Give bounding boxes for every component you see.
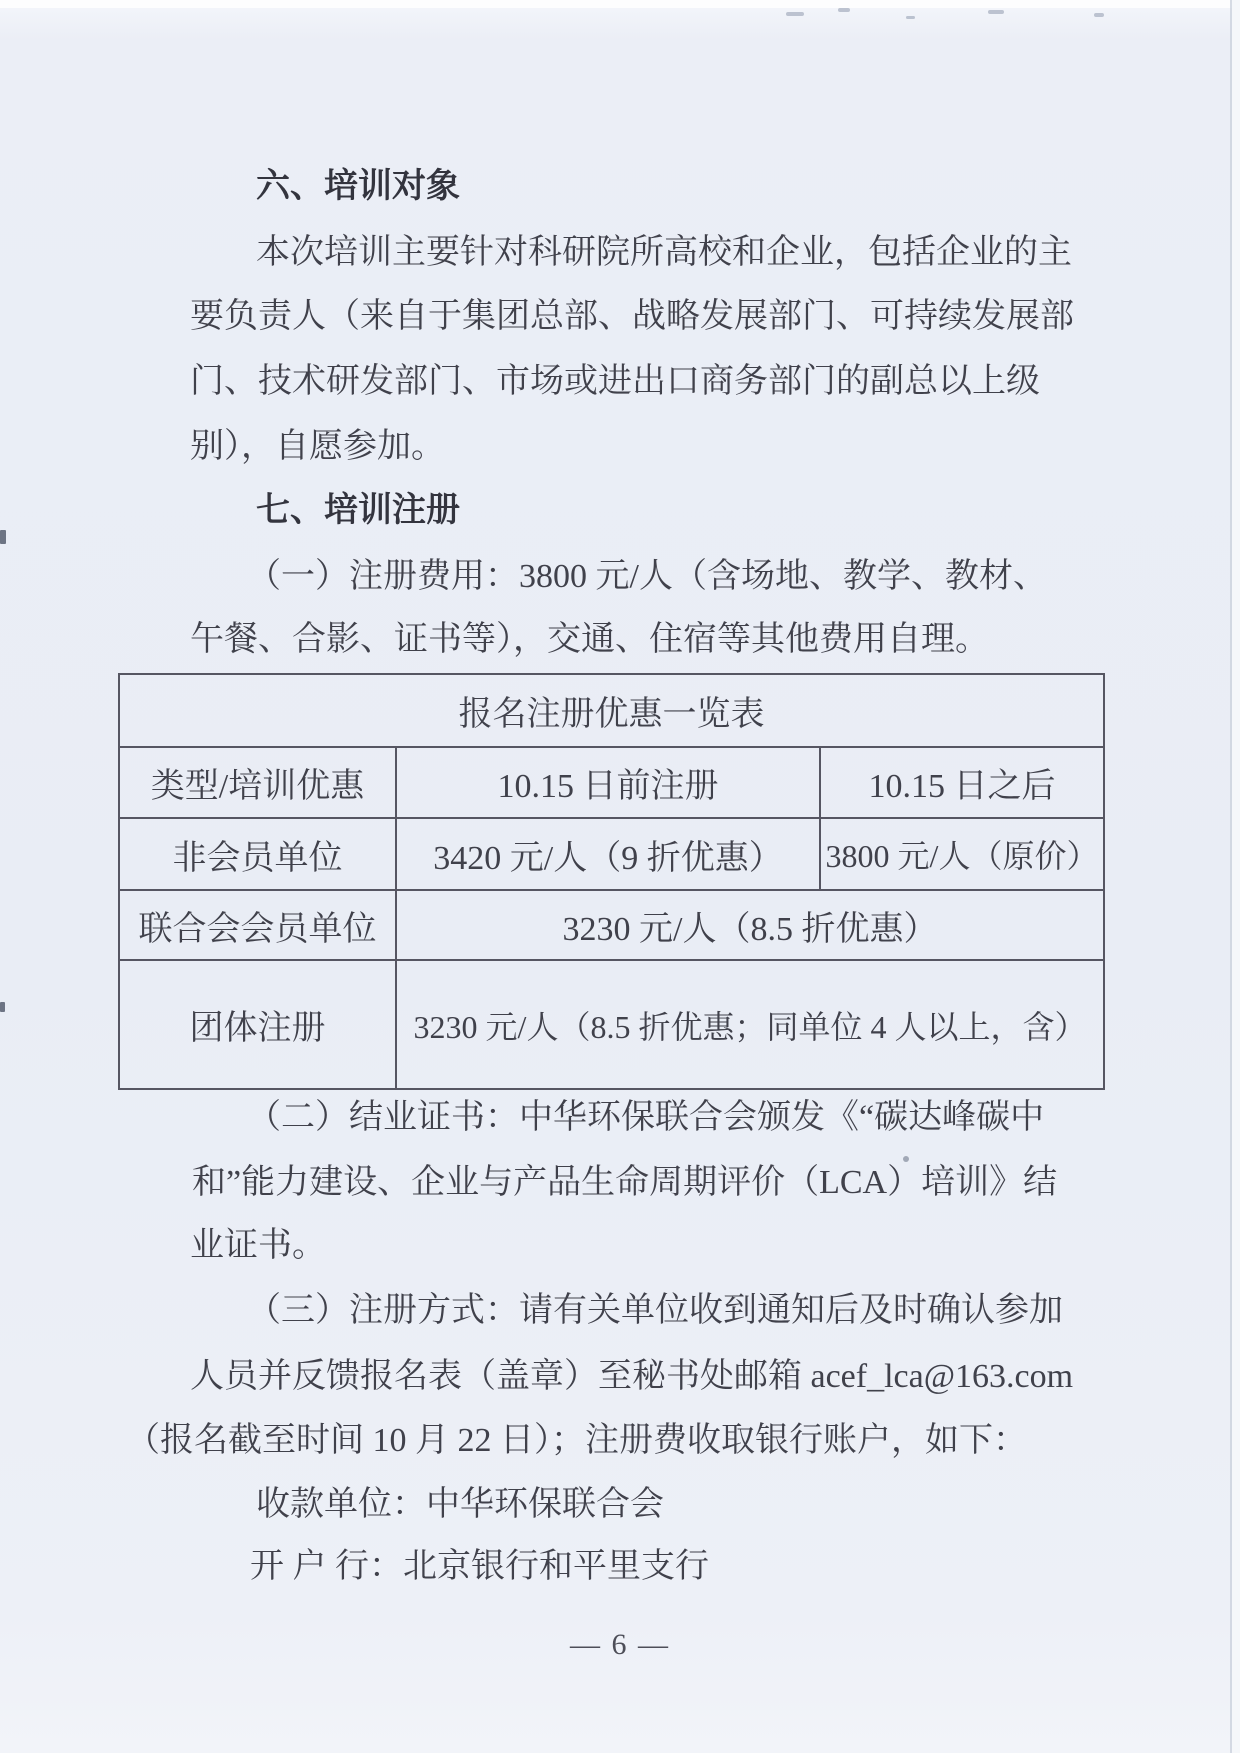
body-line: （二）结业证书：中华环保联合会颁发《“碳达峰碳中 (247, 1086, 1044, 1150)
table-header-row: 类型/培训优惠 10.15 日前注册 10.15 日之后 (119, 747, 1104, 818)
row-label: 非会员单位 (119, 818, 396, 890)
body-line: 要负责人（来自于集团总部、战略发展部门、可持续发展部 (190, 285, 1074, 349)
body-line: （三）注册方式：请有关单位收到通知后及时确认参加 (247, 1279, 1063, 1343)
payee-line: 收款单位：中华环保联合会 (256, 1473, 664, 1537)
scan-speck (838, 8, 850, 12)
scan-speck (906, 16, 915, 19)
scanned-document-page: 六、培训对象 本次培训主要针对科研院所高校和企业，包括企业的主 要负责人（来自于… (0, 0, 1240, 1753)
bank-line: 开 户 行：北京银行和平里支行 (250, 1535, 709, 1599)
row-label: 团体注册 (119, 960, 396, 1089)
table-row-member: 联合会会员单位 3230 元/人（8.5 折优惠） (119, 890, 1104, 960)
table-title: 报名注册优惠一览表 (119, 674, 1104, 747)
row-label: 联合会会员单位 (119, 890, 396, 960)
price-all: 3230 元/人（8.5 折优惠） (396, 890, 1104, 960)
page-number: — 6 — (190, 1613, 1050, 1677)
column-header-after: 10.15 日之后 (820, 747, 1104, 818)
body-line: 和”能力建设、企业与产品生命周期评价（LCA）培训》结 (192, 1151, 1057, 1215)
scan-edge-mark (0, 530, 6, 544)
body-line: （报名截至时间 10 月 22 日）；注册费收取银行账户，如下： (126, 1409, 1027, 1473)
scan-edge-mark (0, 1002, 5, 1012)
body-line: （一）注册费用：3800 元/人（含场地、教学、教材、 (247, 545, 1047, 609)
price-all: 3230 元/人（8.5 折优惠；同单位 4 人以上，含） (396, 960, 1104, 1089)
scan-speck (786, 12, 804, 16)
table-row-group: 团体注册 3230 元/人（8.5 折优惠；同单位 4 人以上，含） (119, 960, 1104, 1089)
registration-discount-table: 报名注册优惠一览表 类型/培训优惠 10.15 日前注册 10.15 日之后 非… (118, 673, 1105, 1090)
section-six-heading: 六、培训对象 (256, 155, 460, 219)
section-seven-heading: 七、培训注册 (256, 479, 460, 543)
column-header-type: 类型/培训优惠 (119, 747, 396, 818)
table-title-row: 报名注册优惠一览表 (119, 674, 1104, 747)
scan-speck (988, 10, 1004, 14)
scan-right-edge-line (1230, 0, 1232, 1753)
scan-right-edge (1232, 0, 1240, 1753)
body-line: 午餐、合影、证书等），交通、住宿等其他费用自理。 (190, 608, 989, 672)
price-after: 3800 元/人（原价） (820, 818, 1104, 890)
body-line: 门、技术研发部门、市场或进出口商务部门的副总以上级 (190, 350, 1040, 414)
body-line: 本次培训主要针对科研院所高校和企业，包括企业的主 (256, 221, 1072, 285)
price-before: 3420 元/人（9 折优惠） (396, 818, 820, 890)
body-line: 业证书。 (190, 1214, 326, 1278)
body-line: 人员并反馈报名表（盖章）至秘书处邮箱 acef_lca@163.com (190, 1345, 1073, 1409)
column-header-before: 10.15 日前注册 (396, 747, 820, 818)
scan-speck (1094, 13, 1104, 17)
scan-top-edge (0, 0, 1240, 8)
body-line: 别），自愿参加。 (190, 415, 445, 479)
table-row-nonmember: 非会员单位 3420 元/人（9 折优惠） 3800 元/人（原价） (119, 818, 1104, 890)
